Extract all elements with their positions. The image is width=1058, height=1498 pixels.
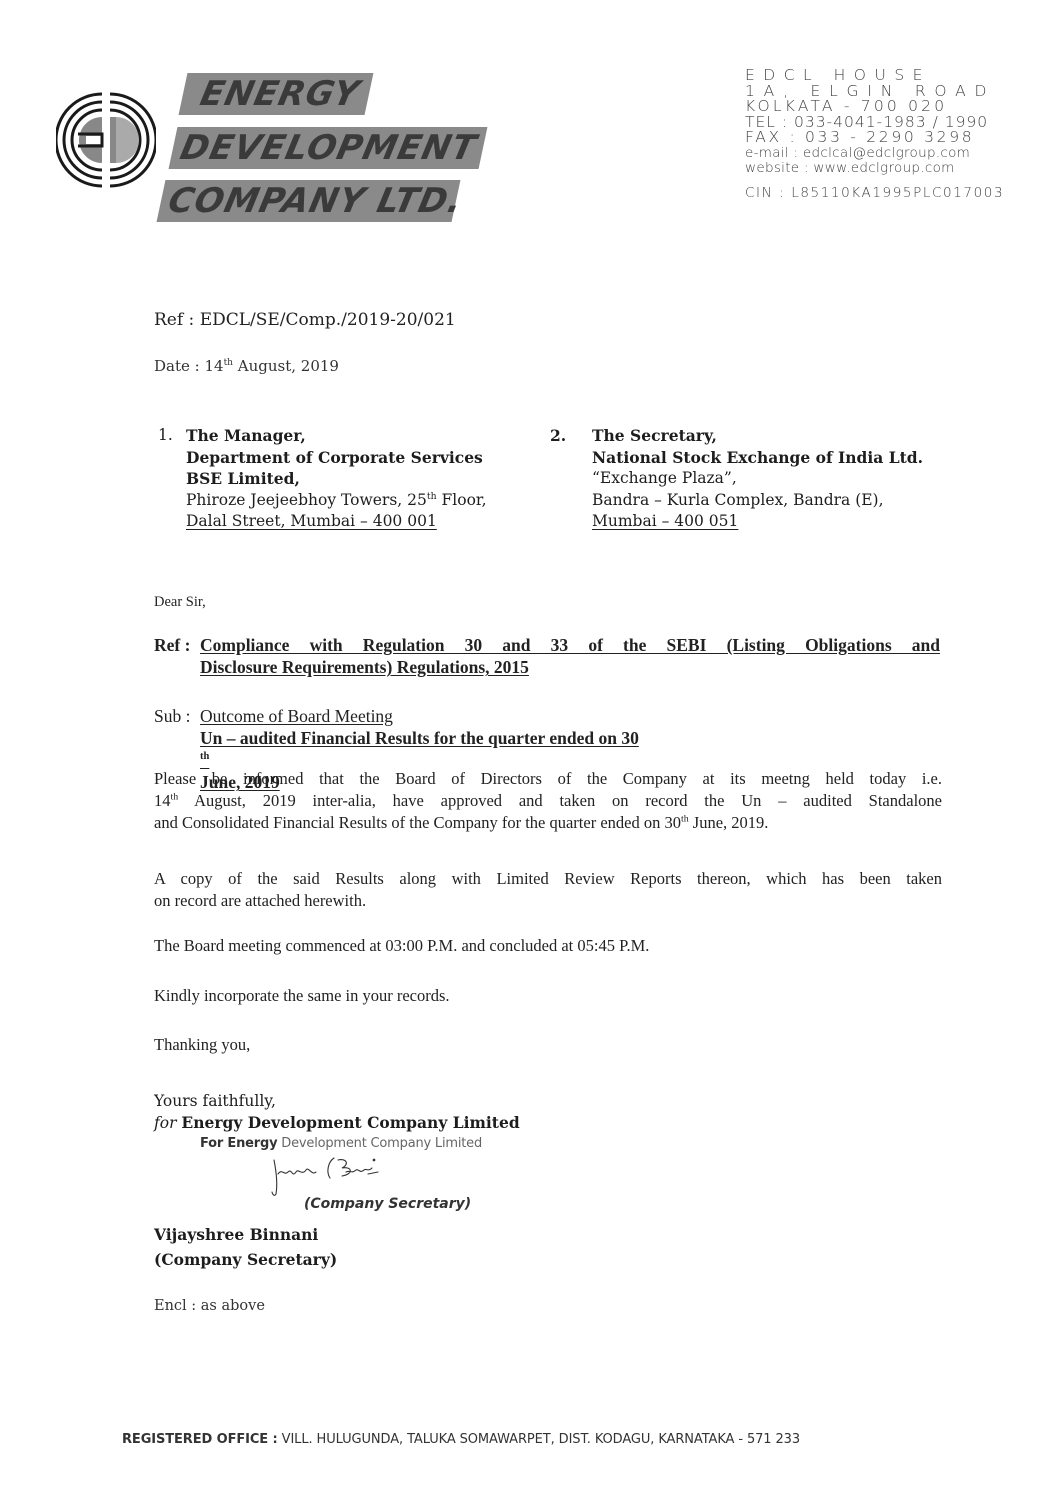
logo-line-company: COMPANY LTD.: [157, 180, 461, 222]
ref-subject-line-1: Compliance with Regulation 30 and 33 of …: [200, 635, 940, 655]
edcl-emblem-icon: [56, 90, 156, 190]
salutation: Dear Sir,: [154, 592, 206, 612]
addressee-title: The Manager,: [186, 425, 487, 447]
footer-label: REGISTERED OFFICE :: [122, 1432, 278, 1447]
signatory-block: Vijayshree Binnani (Company Secretary): [154, 1222, 337, 1272]
sub-label: Sub :: [154, 705, 190, 727]
paragraph-thanks: Thanking you,: [154, 1034, 942, 1056]
closing-phrase: Yours faithfully,: [154, 1090, 520, 1112]
paragraph-meeting-time: The Board meeting commenced at 03:00 P.M…: [154, 935, 942, 957]
letter-date: Date : 14th August, 2019: [154, 356, 339, 376]
addressee-city: Dalal Street, Mumbai – 400 001: [186, 511, 487, 533]
stamp-designation: (Company Secretary): [304, 1196, 471, 1212]
company-stamp: For Energy Development Company Limited: [200, 1136, 482, 1151]
cin-number: CIN : L85110KA1995PLC017003: [745, 186, 1030, 201]
fax: FAX : 033 - 2290 3298: [745, 130, 1030, 146]
addressee-organisation: BSE Limited,: [186, 468, 487, 490]
enclosure-note: Encl : as above: [154, 1296, 265, 1316]
addressee-address-line: Bandra – Kurla Complex, Bandra (E),: [592, 490, 923, 512]
paragraph-request: Kindly incorporate the same in your reco…: [154, 985, 942, 1007]
paragraph-board-approval: Please be informed that the Board of Dir…: [154, 768, 942, 834]
addressee-department: Department of Corporate Services: [186, 447, 487, 469]
subject-line-1: Outcome of Board Meeting: [200, 705, 639, 727]
addressee-title: The Secretary,: [592, 425, 923, 447]
addressee-organisation: National Stock Exchange of India Ltd.: [592, 447, 923, 469]
addressee-city: Mumbai – 400 051: [592, 511, 923, 533]
logo-line-development: DEVELOPMENT: [169, 127, 488, 169]
addressee-building: “Exchange Plaza”,: [592, 468, 923, 490]
paragraph-attachment: A copy of the said Results along with Li…: [154, 868, 942, 912]
addressee-address-line: Phiroze Jeejeebhoy Towers, 25th Floor,: [186, 490, 487, 512]
company-address-block: EDCL HOUSE 1A, ELGIN ROAD KOLKATA - 700 …: [745, 68, 1030, 201]
reference-number: Ref : EDCL/SE/Comp./2019-20/021: [154, 310, 456, 330]
closing-block: Yours faithfully, for Energy Development…: [154, 1090, 520, 1134]
addressee-number: 2.: [550, 425, 566, 447]
registered-office-footer: REGISTERED OFFICE : VILL. HULUGUNDA, TAL…: [122, 1432, 942, 1447]
logo-line-energy: ENERGY: [179, 73, 374, 115]
ref-subject-line-2: Disclosure Requirements) Regulations, 20…: [200, 656, 940, 678]
for-company-line: for Energy Development Company Limited: [154, 1112, 520, 1134]
ref-label: Ref :: [154, 634, 190, 656]
signature-icon: [268, 1152, 388, 1198]
signatory-name: Vijayshree Binnani: [154, 1222, 337, 1247]
website: website : www.edclgroup.com: [745, 161, 1030, 176]
addressee-number: 1.: [158, 425, 173, 447]
email: e-mail : edclcal@edclgroup.com: [745, 146, 1030, 161]
company-logo-wordmark: ENERGY DEVELOPMENT COMPANY LTD.: [155, 70, 485, 220]
signatory-title: (Company Secretary): [154, 1247, 337, 1272]
footer-address: VILL. HULUGUNDA, TALUKA SOMAWARPET, DIST…: [278, 1432, 800, 1447]
